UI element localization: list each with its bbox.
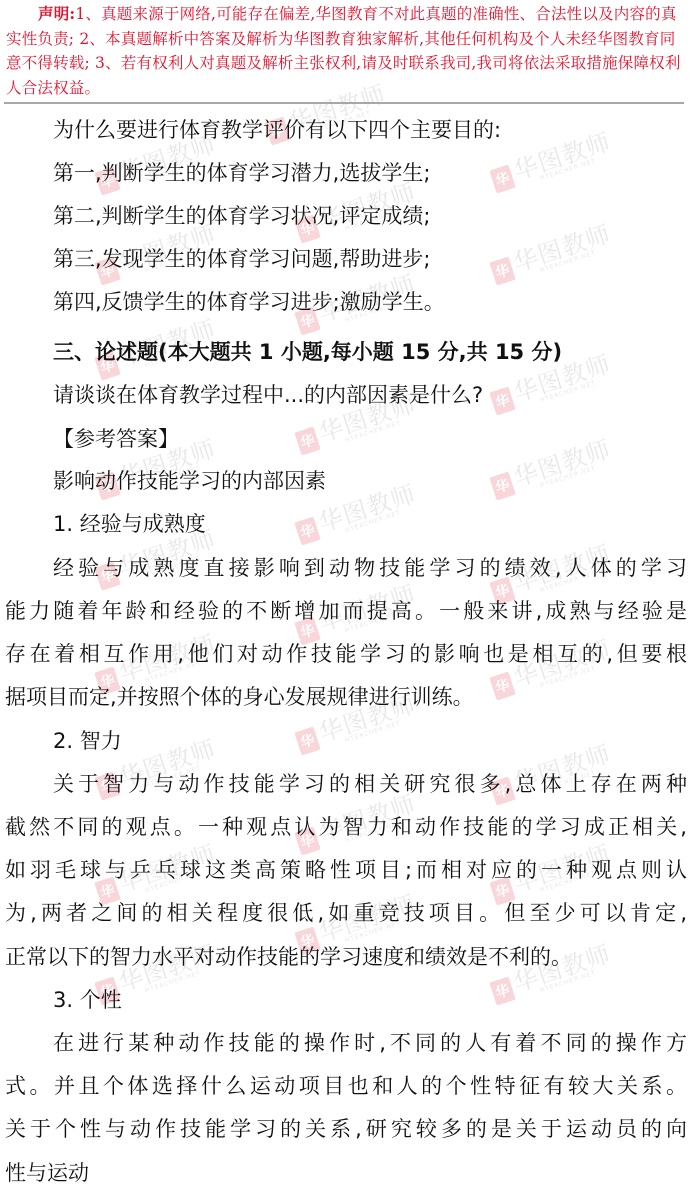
watermark-logo-icon: 华 bbox=[489, 257, 515, 286]
paragraph-line: 据项目而定,并按照个体的身心发展规律进行训练。 bbox=[5, 682, 687, 712]
purpose-item: 第二,判断学生的体育学习状况,评定成绩; bbox=[53, 201, 430, 231]
watermark-logo-icon: 华 bbox=[294, 727, 320, 756]
factor-title: 3. 个性 bbox=[53, 985, 122, 1015]
watermark: 华华图教师HTEACHER.NET bbox=[488, 130, 615, 197]
answer-title: 影响动作技能学习的内部因素 bbox=[53, 466, 326, 496]
paragraph-line: 性与运动 bbox=[5, 1158, 687, 1188]
section-heading: 三、论述题(本大题共 1 小题,每小题 15 分,共 15 分) bbox=[53, 337, 562, 367]
question-text: 请谈谈在体育教学过程中...的内部因素是什么? bbox=[53, 380, 483, 410]
watermark-logo-icon: 华 bbox=[294, 517, 320, 546]
purposes-intro: 为什么要进行体育教学评价有以下四个主要目的: bbox=[53, 115, 501, 145]
watermark-logo-icon: 华 bbox=[489, 472, 515, 501]
watermark-logo-icon: 华 bbox=[489, 977, 515, 1006]
factor-title: 1. 经验与成熟度 bbox=[53, 509, 206, 539]
watermark-logo-icon: 华 bbox=[489, 165, 515, 194]
disclaimer: 声明:1、真题来源于网络,可能存在偏差,华图教育不对此真题的准确性、合法性以及内… bbox=[6, 2, 690, 100]
watermark: 华华图教师HTEACHER.NET bbox=[488, 437, 615, 504]
watermark-logo-icon: 华 bbox=[294, 427, 320, 456]
paragraph-line: 经验与成熟度直接影响到动物技能学习的绩效,人体的学习 bbox=[53, 553, 687, 583]
paragraph-line: 关于个性与动作技能学习的关系,研究较多的是关于运动员的向 bbox=[5, 1114, 687, 1144]
purpose-item: 第四,反馈学生的体育学习进步;激励学生。 bbox=[53, 287, 445, 317]
paragraph-line: 在进行某种动作技能的操作时,不同的人有着不同的操作方 bbox=[53, 1028, 687, 1058]
disclaimer-lead: 声明: bbox=[38, 4, 75, 23]
answer-label: 【参考答案】 bbox=[53, 424, 179, 454]
watermark: 华华图教师HTEACHER.NET bbox=[488, 222, 615, 289]
paragraph-line: 能力随着年龄和经验的不断增加而提高。一般来讲,成熟与经验是 bbox=[5, 596, 687, 626]
paragraph-line: 为,两者之间的相关程度很低,如重竞技项目。但至少可以肯定, bbox=[5, 898, 687, 928]
paragraph-line: 如羽毛球与乒乓球这类高策略性项目;而相对应的一种观点则认 bbox=[5, 855, 687, 885]
purpose-item: 第三,发现学生的体育学习问题,帮助进步; bbox=[53, 244, 430, 274]
watermark-logo-icon: 华 bbox=[489, 387, 515, 416]
paragraph-line: 关于智力与动作技能学习的相关研究很多,总体上存在两种 bbox=[53, 769, 687, 799]
header-divider bbox=[4, 102, 684, 104]
paragraph-line: 存在着相互作用,他们对动作技能学习的影响也是相互的,但要根 bbox=[5, 639, 687, 669]
paragraph-line: 式。并且个体选择什么运动项目也和人的个性特征有较大关系。 bbox=[5, 1071, 687, 1101]
factor-title: 2. 智力 bbox=[53, 726, 122, 756]
disclaimer-text: 1、真题来源于网络,可能存在偏差,华图教育不对此真题的准确性、合法性以及内容的真… bbox=[6, 5, 681, 97]
paragraph-line: 截然不同的观点。一种观点认为智力和动作技能的学习成正相关, bbox=[5, 812, 687, 842]
purpose-item: 第一,判断学生的体育学习潜力,选拔学生; bbox=[53, 158, 430, 188]
paragraph-line: 正常以下的智力水平对动作技能的学习速度和绩效是不利的。 bbox=[5, 942, 687, 972]
